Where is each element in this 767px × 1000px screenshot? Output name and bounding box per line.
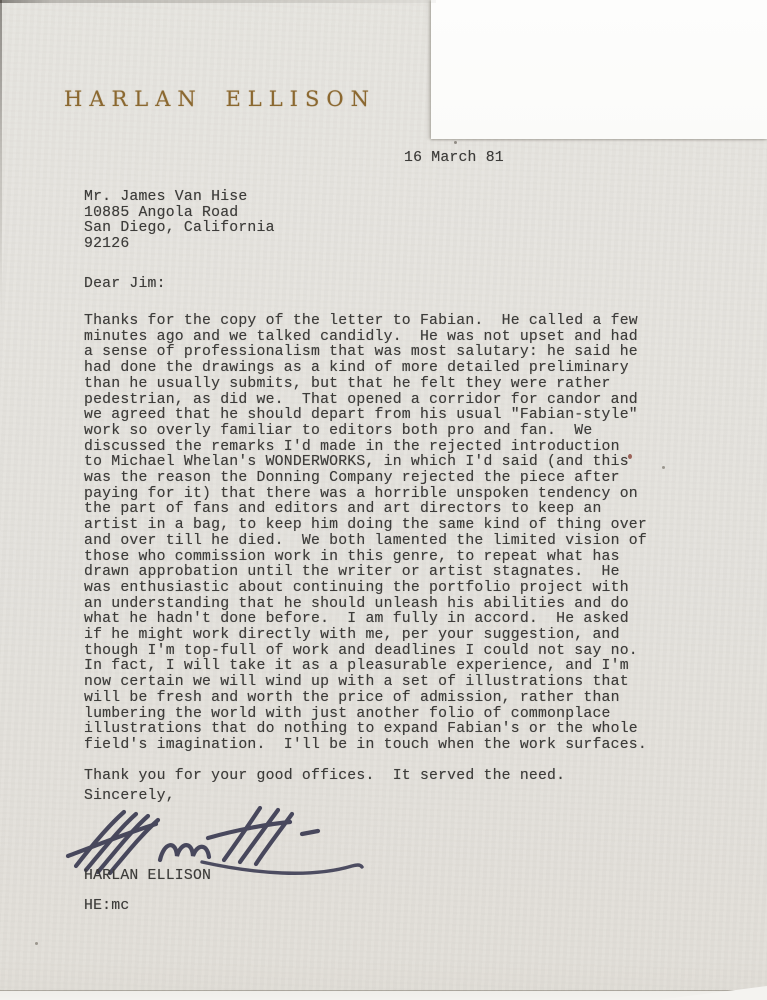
date: 16 March 81 [404,151,504,167]
scan-edge-left [0,0,2,320]
scanned-letter-page: { "letter": { "letterhead": "HARLAN ELLI… [0,0,767,1000]
recipient-address: Mr. James Van Hise 10885 Angola Road San… [84,190,275,253]
overlay-paper-corner [431,0,767,139]
letterhead: HARLAN ELLISON [64,87,376,111]
typed-sender-name: HARLAN ELLISON [84,869,211,885]
scan-edge-bottom [0,990,767,1000]
scan-speck [35,942,38,945]
scan-speck [662,466,665,469]
paper-corner-cut [657,986,767,1000]
scan-edge-top [0,0,436,3]
scan-speck [454,141,457,144]
letter-body: Thanks for the copy of the letter to Fab… [84,314,647,785]
salutation: Dear Jim: [84,277,166,293]
scan-speck [628,454,632,459]
reference-initials: HE:mc [84,899,129,915]
